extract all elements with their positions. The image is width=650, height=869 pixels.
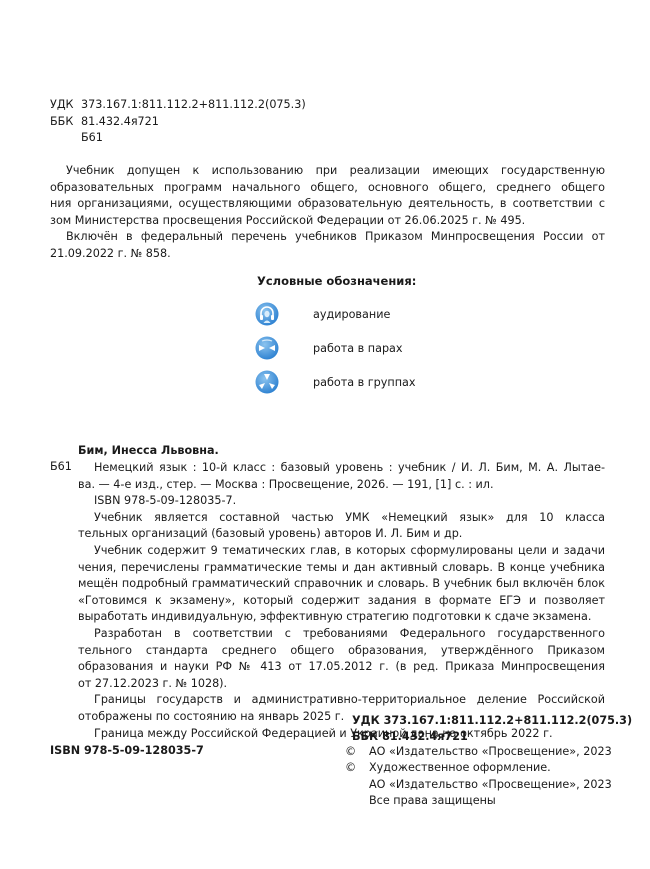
copyright-block: ©АО «Издательство «Просвещение», 2023 ©Х… — [345, 744, 612, 809]
biblio-line: ва. — 4-е изд., стер. — Москва : Просвещ… — [78, 477, 605, 494]
biblio-line: Разработан в соответствии с требованиями… — [78, 626, 605, 643]
legend-title: Условные обозначения: — [257, 274, 416, 288]
classification-block-bottom: УДК 373.167.1:811.112.2+811.112.2(075.3)… — [352, 713, 632, 745]
copyright-symbol: © — [345, 744, 369, 760]
approval-line: зом Министерства просвещения Российской … — [50, 213, 605, 230]
biblio-line: выработать индивидуальную, эффективную с… — [78, 609, 605, 626]
biblio-line: Учебник является составной частью УМК «Н… — [78, 510, 605, 527]
legend-item-pair-work: работа в парах — [255, 335, 279, 361]
legend-label: аудирование — [313, 308, 390, 321]
copyright-line: АО «Издательство «Просвещение», 2023 — [369, 745, 612, 758]
isbn: ISBN 978-5-09-128035-7 — [50, 744, 204, 757]
approval-line: Учебник допущен к использованию при реал… — [50, 163, 605, 180]
biblio-line: Немецкий язык : 10-й класс : базовый уро… — [78, 460, 605, 477]
udk-value: 373.167.1:811.112.2+811.112.2(075.3) — [81, 98, 306, 111]
biblio-line: тельных организаций (базовый уровень) ав… — [78, 526, 605, 543]
approval-line: Включён в федеральный перечень учебников… — [50, 229, 605, 246]
bbk-label: ББК — [50, 114, 81, 131]
bibliographic-record: Немецкий язык : 10-й класс : базовый уро… — [78, 460, 605, 742]
classification-block-top: УДК373.167.1:811.112.2+811.112.2(075.3) … — [50, 97, 306, 147]
biblio-line: от 27.12.2023 г. № 1028). — [78, 676, 605, 693]
legend-item-listening: аудирование — [255, 301, 279, 327]
copyright-line: АО «Издательство «Просвещение», 2023 — [369, 778, 612, 791]
copyright-symbol: © — [345, 760, 369, 776]
author-name: Бим, Инесса Львовна. — [78, 444, 219, 457]
bbk-value: 81.432.4я721 — [81, 115, 159, 128]
approval-line: 21.09.2022 г. № 858. — [50, 246, 605, 263]
rights-reserved: Все права защищены — [369, 794, 496, 807]
biblio-line: Учебник содержит 9 тематических глав, в … — [78, 543, 605, 560]
approval-line: ния организациями, осуществляющими образ… — [50, 196, 605, 213]
biblio-line: «Готовимся к экзамену», который содержит… — [78, 593, 605, 610]
legend-label: работа в парах — [313, 342, 403, 355]
udk-bottom: УДК 373.167.1:811.112.2+811.112.2(075.3) — [352, 713, 632, 729]
author-mark: Б61 — [81, 131, 103, 144]
pair-work-icon — [255, 336, 279, 360]
author-mark-side: Б61 — [50, 460, 72, 473]
biblio-line: мещён подробный грамматический справочни… — [78, 576, 605, 593]
copyright-line: Художественное оформление. — [369, 761, 551, 774]
biblio-line: образования и науки РФ № 413 от 17.05.20… — [78, 659, 605, 676]
legend-label: работа в группах — [313, 376, 416, 389]
approval-line: образовательных программ начального обще… — [50, 180, 605, 197]
bbk-bottom: ББК 81.432.4я721 — [352, 729, 632, 745]
isbn-line: ISBN 978-5-09-128035-7. — [78, 493, 605, 510]
legend-item-group-work: работа в группах — [255, 369, 279, 395]
biblio-line: тельного стандарта среднего общего образ… — [78, 643, 605, 660]
approval-paragraph: Учебник допущен к использованию при реал… — [50, 163, 605, 262]
udk-label: УДК — [50, 97, 81, 114]
biblio-line: чения, перечислены грамматические темы и… — [78, 560, 605, 577]
biblio-line: Границы государств и административно-тер… — [78, 692, 605, 709]
group-work-icon — [255, 370, 279, 394]
headphones-icon — [255, 302, 279, 326]
